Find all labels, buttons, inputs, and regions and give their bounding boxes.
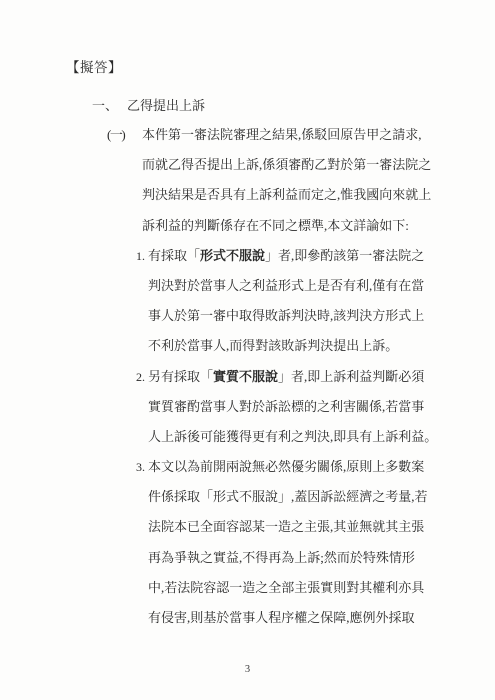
- text-line: 而就乙得否提出上訴,係須審酌乙對於第一審法院之: [142, 150, 495, 180]
- emphasis-term: 實質不服說: [213, 369, 278, 384]
- list-item-1: 1. 有採取「形式不服說」者,即參酌該第一審法院之判決對於當事人之利益形式上是否…: [0, 241, 495, 362]
- text-line: 再為爭執之實益,不得再為上訴;然而於特殊情形: [148, 543, 495, 573]
- page-number: 3: [0, 663, 495, 677]
- text-segment: 實質審酌當事人對於訴訟標的之利害關係,若當事: [148, 399, 424, 414]
- emphasis-term: 形式不服說: [200, 248, 265, 263]
- text-segment: 」者,即上訴利益判斷必須: [278, 369, 424, 384]
- list-item-number: 3.: [136, 452, 148, 482]
- text-line: 本文以為前開兩說無必然優劣關係,原則上多數案: [148, 452, 495, 482]
- text-segment: 本件第一審法院審理之結果,係駁回原告甲之請求,: [142, 127, 422, 142]
- text-segment: 有侵害,則基於當事人程序權之保障,應例外採取: [148, 610, 415, 625]
- list-item-number: 2.: [136, 362, 148, 392]
- text-segment: 人上訴後可能獲得更有利之判決,即具有上訴利益。: [148, 429, 437, 444]
- text-segment: 法院本已全面容認某一造之主張,其並無就其主張: [148, 519, 424, 534]
- text-line: 實質審酌當事人對於訴訟標的之利害關係,若當事: [148, 392, 495, 422]
- text-line: 判決結果是否具有上訴利益而定之,惟我國向來就上: [142, 180, 495, 210]
- text-segment: 件係採取「形式不服說」,蓋因訴訟經濟之考量,若: [148, 489, 428, 504]
- text-line: 不利於當事人,而得對該敗訴判決提出上訴。: [148, 331, 495, 361]
- list-item-text: 有採取「形式不服說」者,即參酌該第一審法院之判決對於當事人之利益形式上是否有利,…: [148, 241, 495, 362]
- text-segment: 訴利益的判斷係存在不同之標準,本文詳論如下:: [142, 218, 409, 233]
- document-body: (一) 本件第一審法院審理之結果,係駁回原告甲之請求,而就乙得否提出上訴,係須審…: [0, 120, 495, 633]
- list-item-2: 2. 另有採取「實質不服說」者,即上訴利益判斷必須實質審酌當事人對於訴訟標的之利…: [0, 362, 495, 453]
- text-segment: 判決對於當事人之利益形式上是否有利,僅有在當: [148, 278, 424, 293]
- text-line: 件係採取「形式不服說」,蓋因訴訟經濟之考量,若: [148, 482, 495, 512]
- subsection-1: (一) 本件第一審法院審理之結果,係駁回原告甲之請求,而就乙得否提出上訴,係須審…: [0, 120, 495, 241]
- subsection-label: (一): [107, 120, 142, 150]
- text-segment: 中,若法院容認一造之全部主張實則對其權利亦具: [148, 580, 424, 595]
- text-segment: 再為爭執之實益,不得再為上訴;然而於特殊情形: [148, 550, 415, 565]
- text-segment: 不利於當事人,而得對該敗訴判決提出上訴。: [148, 338, 398, 353]
- subsection-text: 本件第一審法院審理之結果,係駁回原告甲之請求,而就乙得否提出上訴,係須審酌乙對於…: [142, 120, 495, 241]
- text-line: 訴利益的判斷係存在不同之標準,本文詳論如下:: [142, 211, 495, 241]
- text-segment: 判決結果是否具有上訴利益而定之,惟我國向來就上: [142, 187, 431, 202]
- text-line: 判決對於當事人之利益形式上是否有利,僅有在當: [148, 271, 495, 301]
- text-line: 有侵害,則基於當事人程序權之保障,應例外採取: [148, 603, 495, 633]
- list-item-number: 1.: [136, 241, 148, 271]
- text-line: 另有採取「實質不服說」者,即上訴利益判斷必須: [148, 362, 495, 392]
- list-item-text: 本文以為前開兩說無必然優劣關係,原則上多數案件係採取「形式不服說」,蓋因訴訟經濟…: [148, 452, 495, 633]
- text-segment: 」者,即參酌該第一審法院之: [265, 248, 424, 263]
- answer-heading: 【擬答】: [66, 61, 122, 75]
- list-item-3: 3. 本文以為前開兩說無必然優劣關係,原則上多數案件係採取「形式不服說」,蓋因訴…: [0, 452, 495, 633]
- text-line: 事人於第一審中取得敗訴判決時,該判決方形式上: [148, 301, 495, 331]
- section-title: 乙得提出上訴: [127, 98, 205, 113]
- list-item-text: 另有採取「實質不服說」者,即上訴利益判斷必須實質審酌當事人對於訴訟標的之利害關係…: [148, 362, 495, 453]
- text-segment: 本文以為前開兩說無必然優劣關係,原則上多數案: [148, 459, 424, 474]
- text-segment: 而就乙得否提出上訴,係須審酌乙對於第一審法院之: [142, 157, 431, 172]
- text-line: 有採取「形式不服說」者,即參酌該第一審法院之: [148, 241, 495, 271]
- text-line: 中,若法院容認一造之全部主張實則對其權利亦具: [148, 573, 495, 603]
- text-segment: 有採取「: [148, 248, 200, 263]
- document-page: 【擬答】 一、乙得提出上訴 (一) 本件第一審法院審理之結果,係駁回原告甲之請求…: [0, 0, 495, 700]
- section-number: 一、: [92, 98, 118, 113]
- text-line: 本件第一審法院審理之結果,係駁回原告甲之請求,: [142, 120, 495, 150]
- text-segment: 另有採取「: [148, 369, 213, 384]
- text-segment: 事人於第一審中取得敗訴判決時,該判決方形式上: [148, 308, 424, 323]
- section-heading: 一、乙得提出上訴: [92, 99, 205, 113]
- text-line: 人上訴後可能獲得更有利之判決,即具有上訴利益。: [148, 422, 495, 452]
- text-line: 法院本已全面容認某一造之主張,其並無就其主張: [148, 512, 495, 542]
